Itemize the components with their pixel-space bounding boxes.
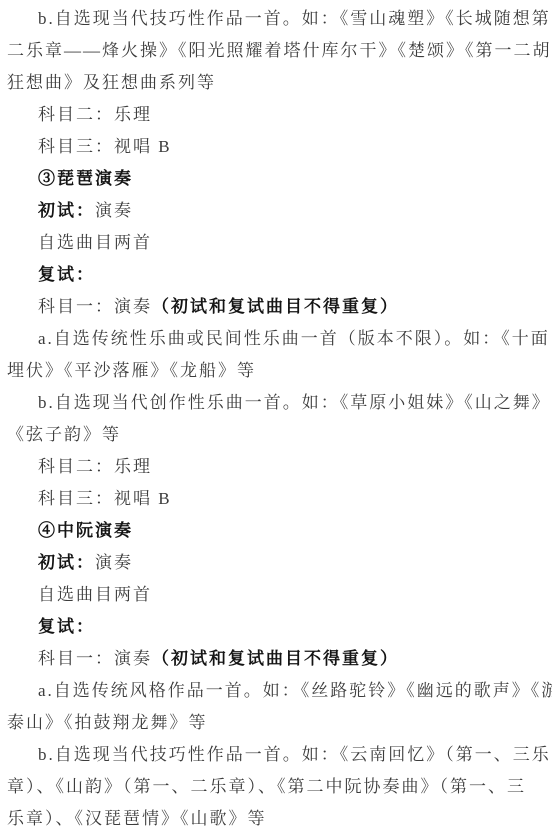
doc-line: 科目二：乐理 (7, 99, 546, 131)
doc-line: 复试： (7, 611, 546, 643)
document-page: b.自选现当代技巧性作品一首。如：《雪山魂塑》《长城随想第 二乐章——烽火操》《… (0, 0, 552, 836)
section-heading-zhongruan: ④中阮演奏 (7, 515, 546, 547)
doc-line: 自选曲目两首 (7, 227, 546, 259)
text-run: 《弦子韵》等 (7, 425, 121, 444)
text-run: 自选曲目两首 (38, 233, 152, 252)
doc-line: 狂想曲》及狂想曲系列等 (7, 67, 546, 99)
doc-line: 《弦子韵》等 (7, 419, 546, 451)
text-run: b.自选现当代技巧性作品一首。如：《云南回忆》（第一、三乐 (38, 745, 551, 764)
doc-line: 二乐章——烽火操》《阳光照耀着塔什库尔干》《楚颂》《第一二胡 (7, 35, 546, 67)
bold-run: 复试： (38, 265, 95, 284)
doc-line: 自选曲目两首 (7, 579, 546, 611)
doc-line: 初试：演奏 (7, 195, 546, 227)
bold-run: ④中阮演奏 (38, 521, 133, 540)
text-run: 演奏 (95, 201, 133, 220)
text-run: 科目一：演奏 (38, 297, 152, 316)
text-run: 科目三：视唱 B (38, 137, 172, 156)
bold-run: 初试： (38, 553, 95, 572)
text-run: b.自选现当代创作性乐曲一首。如：《草原小姐妹》《山之舞》 (38, 393, 551, 412)
text-run: 乐章）、《汉琵琶情》《山歌》等 (7, 809, 267, 828)
bold-run: ③琵琶演奏 (38, 169, 133, 188)
bold-run: （初试和复试曲目不得重复） (152, 297, 399, 316)
text-run: 泰山》《拍鼓翔龙舞》等 (7, 713, 208, 732)
doc-line: b.自选现当代技巧性作品一首。如：《云南回忆》（第一、三乐 (7, 739, 546, 771)
doc-line: 章）、《山韵》（第一、二乐章）、《第二中阮协奏曲》（第一、三 (7, 771, 546, 803)
doc-line: 初试：演奏 (7, 547, 546, 579)
doc-line: a.自选传统性乐曲或民间性乐曲一首（版本不限）。如：《十面 (7, 323, 546, 355)
doc-line: 复试： (7, 259, 546, 291)
bold-run: 复试： (38, 617, 95, 636)
text-run: b.自选现当代技巧性作品一首。如：《雪山魂塑》《长城随想第 (38, 9, 551, 28)
text-run: a.自选传统风格作品一首。如：《丝路驼铃》《幽远的歌声》《游 (38, 681, 552, 700)
doc-line: a.自选传统风格作品一首。如：《丝路驼铃》《幽远的歌声》《游 (7, 675, 546, 707)
doc-line: 科目三：视唱 B (7, 483, 546, 515)
doc-line: 科目三：视唱 B (7, 131, 546, 163)
doc-line: 乐章）、《汉琵琶情》《山歌》等 (7, 803, 546, 835)
doc-line: 泰山》《拍鼓翔龙舞》等 (7, 707, 546, 739)
text-run: 二乐章——烽火操》《阳光照耀着塔什库尔干》《楚颂》《第一二胡 (7, 41, 552, 60)
text-run: 狂想曲》及狂想曲系列等 (7, 73, 216, 92)
doc-line: 科目二：乐理 (7, 451, 546, 483)
text-run: 章）、《山韵》（第一、二乐章）、《第二中阮协奏曲》（第一、三 (7, 777, 526, 796)
text-run: 科目三：视唱 B (38, 489, 172, 508)
bold-run: （初试和复试曲目不得重复） (152, 649, 399, 668)
text-run: 自选曲目两首 (38, 585, 152, 604)
section-heading-pipa: ③琵琶演奏 (7, 163, 546, 195)
doc-line: 科目一：演奏（初试和复试曲目不得重复） (7, 291, 546, 323)
text-run: 科目一：演奏 (38, 649, 152, 668)
doc-line: 埋伏》《平沙落雁》《龙船》等 (7, 355, 546, 387)
text-run: a.自选传统性乐曲或民间性乐曲一首（版本不限）。如：《十面 (38, 329, 550, 348)
text-run: 科目二：乐理 (38, 105, 152, 124)
doc-line: b.自选现当代创作性乐曲一首。如：《草原小姐妹》《山之舞》 (7, 387, 546, 419)
text-run: 演奏 (95, 553, 133, 572)
text-run: 科目二：乐理 (38, 457, 152, 476)
doc-line: b.自选现当代技巧性作品一首。如：《雪山魂塑》《长城随想第 (7, 3, 546, 35)
text-run: 埋伏》《平沙落雁》《龙船》等 (7, 361, 256, 380)
doc-line: 科目一：演奏（初试和复试曲目不得重复） (7, 643, 546, 675)
bold-run: 初试： (38, 201, 95, 220)
